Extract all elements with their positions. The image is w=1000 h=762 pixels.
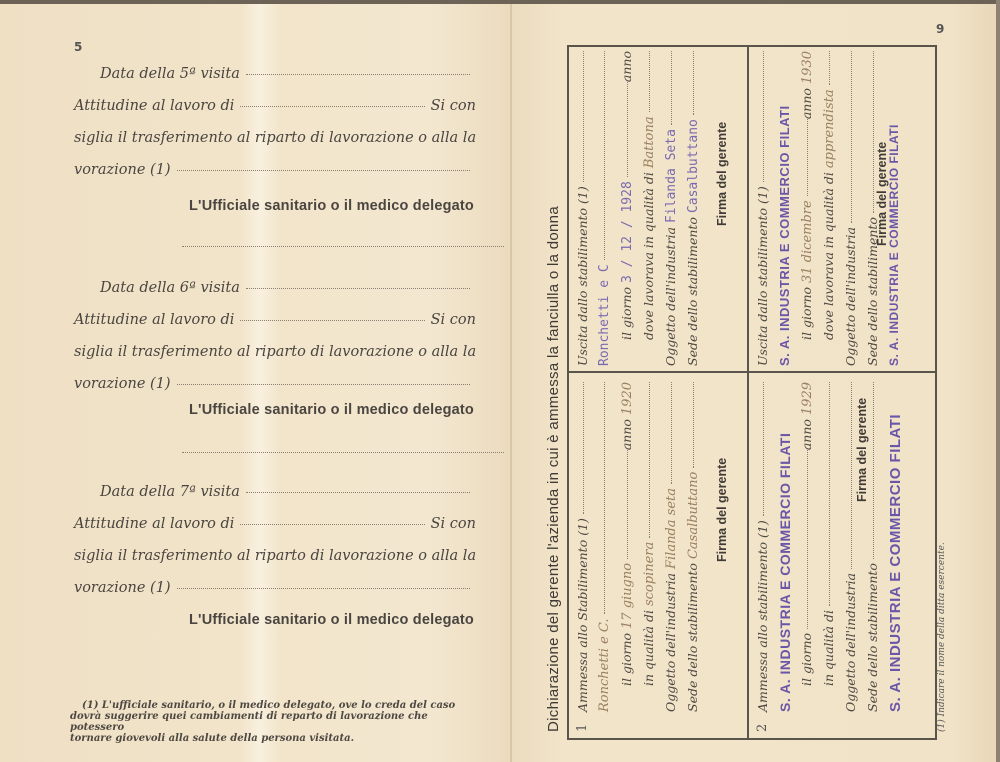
signature-label: L'Ufficiale sanitario o il medico delega… [189, 198, 474, 214]
year-label: anno [619, 419, 634, 450]
company-value[interactable]: Ronchetti e C [597, 264, 612, 366]
visit-block-5: Data della 5ª visita Attitudine al lavor… [74, 66, 476, 194]
aptitude-field[interactable] [240, 320, 424, 321]
day-value[interactable]: 17 giugno [620, 563, 635, 629]
entry-2-admission: Ammessa allo stabilimento (1) S. A. INDU… [755, 382, 909, 712]
day-label: il giorno [799, 633, 814, 686]
advice-start: Si con [431, 516, 476, 532]
date-field[interactable] [246, 74, 470, 75]
aptitude-line: Attitudine al lavoro diSi con [74, 98, 476, 130]
transfer-label: vorazione (1) [74, 162, 171, 178]
role-label: dove lavorava in qualità di [641, 172, 656, 340]
entry-number: 1 [575, 724, 590, 732]
column-divider [569, 371, 935, 373]
role-value[interactable]: apprendista [822, 89, 837, 168]
year-label: anno [619, 51, 634, 82]
industry-label: Oggetto dell'industria [843, 227, 858, 366]
date-field[interactable] [246, 288, 470, 289]
site-stamp: S. A. INDUSTRIA E COMMERCIO FILATI [887, 414, 904, 712]
page-number-left: 5 [74, 40, 82, 54]
firma-label: Firma del gerente [715, 458, 729, 562]
aptitude-field[interactable] [240, 106, 424, 107]
advice-text: siglia il trasferimento al riparto di la… [74, 344, 476, 360]
advice-line: siglia il trasferimento al riparto di la… [74, 130, 476, 162]
day-value[interactable]: 31 dicembre [800, 200, 815, 283]
visit-date-line: Data della 7ª visita [74, 484, 476, 516]
aptitude-label: Attitudine al lavoro di [74, 516, 234, 532]
signature-field[interactable] [182, 452, 546, 453]
admission-heading: Ammessa allo Stabilimento (1) [575, 518, 590, 712]
advice-text: siglia il trasferimento al riparto di la… [74, 548, 476, 564]
firma-label: Firma del gerente [875, 142, 889, 246]
industry-value[interactable]: Filanda Seta [664, 129, 679, 223]
aptitude-line: Attitudine al lavoro diSi con [74, 516, 476, 548]
site-label: Sede dello stabilimento [865, 563, 880, 712]
firma-label: Firma del gerente [715, 122, 729, 226]
footnote-line: dovrà suggerire quei cambiamenti di repa… [70, 711, 480, 733]
transfer-field[interactable] [177, 588, 470, 589]
company-stamp: S. A. INDUSTRIA E COMMERCIO FILATI [777, 433, 793, 712]
exit-heading: Uscita dallo stabilimento (1) [755, 186, 770, 366]
visit-date-line: Data della 5ª visita [74, 66, 476, 98]
industry-value[interactable]: Filanda seta [664, 488, 679, 569]
industry-label: Oggetto dell'industria [843, 573, 858, 712]
right-edge-shadow [996, 0, 1000, 762]
visit-date-label: Data della 5ª visita [74, 66, 240, 82]
day-label: il giorno [619, 287, 634, 340]
transfer-line: vorazione (1) [74, 162, 476, 194]
advice-text: siglia il trasferimento al riparto di la… [74, 130, 476, 146]
site-value[interactable]: Casalbuttano [686, 119, 701, 213]
site-label: Sede dello stabilimento [685, 217, 700, 366]
book-spine [510, 0, 512, 762]
firma-label: Firma del gerente [855, 398, 869, 502]
transfer-field[interactable] [177, 170, 470, 171]
day-value[interactable]: 3 / 12 / 1928 [620, 181, 635, 283]
signature-stamp: S. A. INDUSTRIA E COMMERCIO FILATI [887, 124, 901, 366]
entry-number: 2 [755, 724, 770, 732]
year-value[interactable]: 1930 [800, 51, 815, 84]
signature-field[interactable] [182, 246, 546, 247]
top-edge-shadow [0, 0, 1000, 4]
role-value[interactable]: scopinera [642, 542, 657, 606]
aptitude-field[interactable] [240, 524, 424, 525]
visit-block-6: Data della 6ª visita Attitudine al lavor… [74, 280, 476, 408]
aptitude-label: Attitudine al lavoro di [74, 312, 234, 328]
footnote-line: (1) L'ufficiale sanitario, o il medico d… [70, 700, 480, 711]
day-label: il giorno [619, 633, 634, 686]
declaration-table: 1 Ammessa allo Stabilimento (1) Ronchett… [567, 45, 937, 740]
site-value[interactable]: Casalbuttano [686, 472, 701, 559]
role-label: in qualità di [641, 610, 656, 686]
advice-start: Si con [431, 312, 476, 328]
site-label: Sede dello stabilimento [685, 563, 700, 712]
visit-date-label: Data della 6ª visita [74, 280, 240, 296]
aptitude-line: Attitudine al lavoro diSi con [74, 312, 476, 344]
exit-heading: Uscita dallo stabilimento (1) [575, 186, 590, 366]
entry-1-admission: Ammessa allo Stabilimento (1) Ronchetti … [575, 382, 707, 712]
visit-date-label: Data della 7ª visita [74, 484, 240, 500]
date-field[interactable] [246, 492, 470, 493]
role-label: dove lavorava in qualità di [821, 172, 836, 340]
footnote-line: tornare giovevoli alla salute della pers… [70, 733, 480, 744]
company-stamp: S. A. INDUSTRIA E COMMERCIO FILATI [777, 105, 792, 366]
footnote-left: (1) L'ufficiale sanitario, o il medico d… [70, 700, 480, 744]
transfer-label: vorazione (1) [74, 376, 171, 392]
role-label: in qualità di [821, 610, 836, 686]
admission-heading: Ammessa allo stabilimento (1) [755, 520, 770, 712]
transfer-label: vorazione (1) [74, 580, 171, 596]
aptitude-label: Attitudine al lavoro di [74, 98, 234, 114]
advice-start: Si con [431, 98, 476, 114]
year-value[interactable]: 1929 [800, 382, 815, 415]
advice-line: siglia il trasferimento al riparto di la… [74, 344, 476, 376]
row-divider [747, 47, 749, 738]
day-label: il giorno [799, 287, 814, 340]
company-value[interactable]: Ronchetti e C. [597, 618, 612, 712]
transfer-line: vorazione (1) [74, 580, 476, 612]
entry-2-exit: Uscita dallo stabilimento (1) S. A. INDU… [755, 51, 909, 366]
visit-date-line: Data della 6ª visita [74, 280, 476, 312]
footnote-right: (1) Indicare il nome della ditta esercen… [937, 542, 947, 732]
visit-block-7: Data della 7ª visita Attitudine al lavor… [74, 484, 476, 612]
signature-label: L'Ufficiale sanitario o il medico delega… [189, 612, 474, 628]
rotated-declaration: Dichiarazione del gerente l'azienda in c… [545, 40, 945, 740]
advice-line: siglia il trasferimento al riparto di la… [74, 548, 476, 580]
left-page: 5 Data della 5ª visita Attitudine al lav… [0, 0, 505, 762]
industry-label: Oggetto dell'industria [663, 227, 678, 366]
role-value[interactable]: Battona [642, 116, 657, 168]
entry-1-exit: Uscita dallo stabilimento (1) Ronchetti … [575, 51, 707, 366]
year-label: anno [799, 419, 814, 450]
year-label: anno [799, 88, 814, 119]
transfer-field[interactable] [177, 384, 470, 385]
page-number-right: 9 [936, 22, 944, 36]
year-value[interactable]: 1920 [620, 382, 635, 415]
signature-label: L'Ufficiale sanitario o il medico delega… [189, 402, 474, 418]
declaration-title: Dichiarazione del gerente l'azienda in c… [545, 42, 562, 732]
industry-label: Oggetto dell'industria [663, 573, 678, 712]
